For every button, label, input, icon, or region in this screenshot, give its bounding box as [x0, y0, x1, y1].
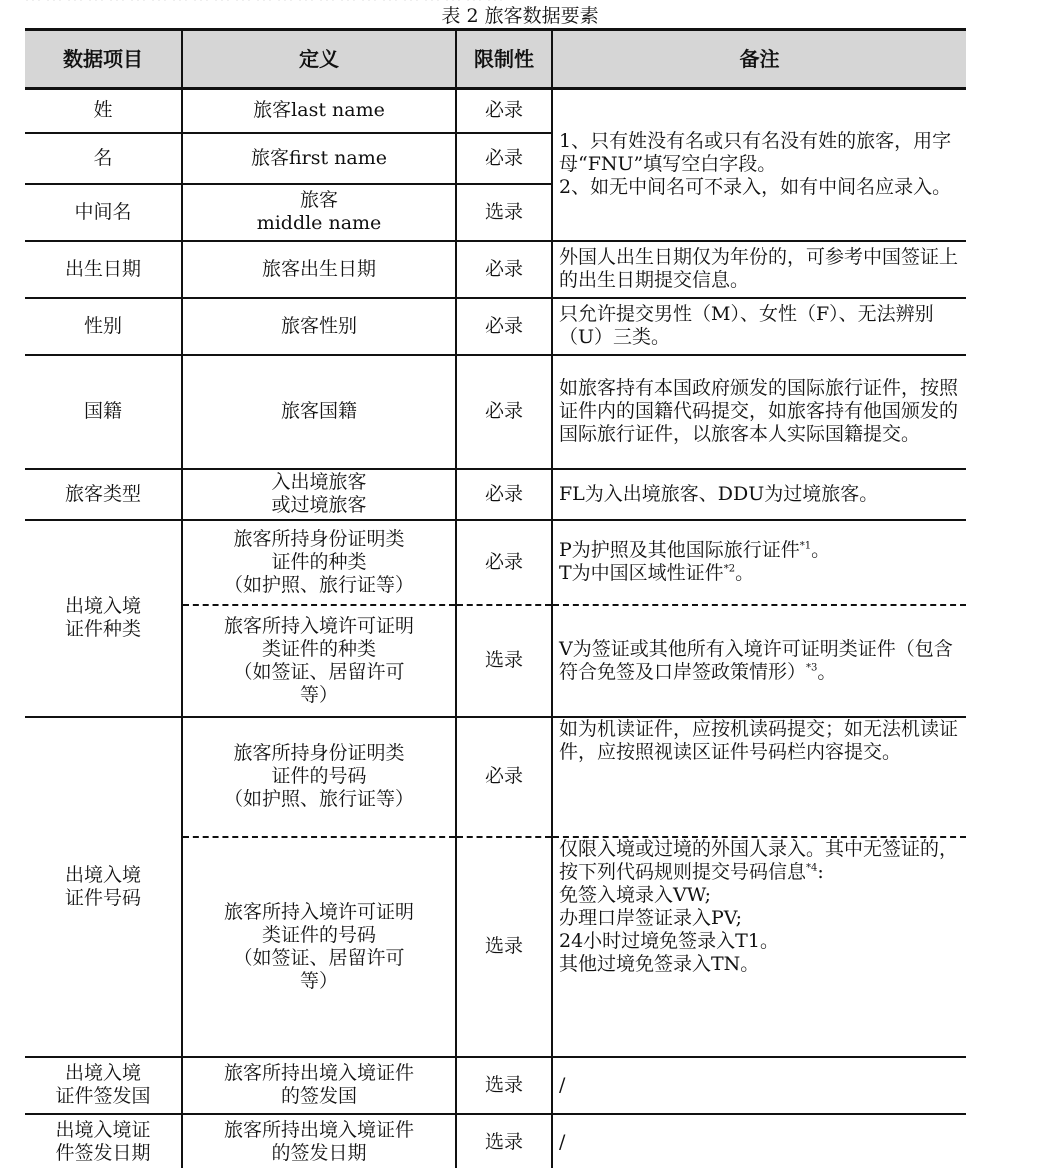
definition-cell: 旅客所持出境入境证件 的签发日期	[182, 1114, 456, 1168]
item-cell: 出境入境证 件签发日期	[25, 1114, 182, 1168]
note-cell: 1、只有姓没有名或只有名没有姓的旅客，用字母“FNU”填写空白字段。 2、如无中…	[552, 89, 966, 241]
note-cell: P为护照及其他国际旅行证件*1。 T为中国区域性证件*2。	[552, 520, 966, 605]
cropped-preceding-text: ……………………………………………………………	[24, 0, 844, 2]
definition-cell: 旅客所持出境入境证件 的签发国	[182, 1057, 456, 1114]
definition-cell: 旅客所持入境许可证明 类证件的种类 （如签证、居留许可 等）	[182, 605, 456, 717]
item-cell: 性别	[25, 298, 182, 355]
restriction-cell: 选录	[456, 1114, 552, 1168]
definition-cell: 旅客出生日期	[182, 241, 456, 298]
note-cell: 外国人出生日期仅为年份的，可参考中国签证上的出生日期提交信息。	[552, 241, 966, 298]
note-text: V为签证或其他所有入境许可证明类证件（包含符合免签及口岸签政策情形）	[559, 638, 953, 683]
definition-cell: 旅客国籍	[182, 355, 456, 469]
footnote-ref: *4	[806, 862, 817, 873]
table-row: 性别 旅客性别 必录 只允许提交男性（M）、女性（F）、无法辨别（U）三类。	[25, 298, 966, 355]
table-caption: 表 2 旅客数据要素	[0, 4, 1040, 28]
item-cell: 出境入境 证件种类	[25, 520, 182, 717]
item-cell: 国籍	[25, 355, 182, 469]
note-cell: FL为入出境旅客、DDU为过境旅客。	[552, 469, 966, 520]
restriction-cell: 选录	[456, 1057, 552, 1114]
item-cell: 姓	[25, 89, 182, 133]
header-restriction: 限制性	[456, 30, 552, 89]
restriction-cell: 必录	[456, 520, 552, 605]
note-text: 。	[735, 562, 754, 584]
table-row: 出境入境 证件种类 旅客所持身份证明类 证件的种类 （如护照、旅行证等） 必录 …	[25, 520, 966, 605]
note-cell: 如旅客持有本国政府颁发的国际旅行证件，按照证件内的国籍代码提交，如旅客持有他国颁…	[552, 355, 966, 469]
header-note: 备注	[552, 30, 966, 89]
restriction-cell: 必录	[456, 469, 552, 520]
table-row: 姓 旅客last name 必录 1、只有姓没有名或只有名没有姓的旅客，用字母“…	[25, 89, 966, 133]
restriction-cell: 必录	[456, 241, 552, 298]
restriction-cell: 选录	[456, 184, 552, 241]
definition-cell: 旅客 middle name	[182, 184, 456, 241]
item-cell: 出生日期	[25, 241, 182, 298]
item-cell: 名	[25, 133, 182, 184]
traveler-data-table: 数据项目 定义 限制性 备注 姓 旅客last name 必录 1、只有姓没有名…	[25, 28, 966, 1168]
restriction-cell: 必录	[456, 717, 552, 837]
definition-cell: 入出境旅客 或过境旅客	[182, 469, 456, 520]
restriction-cell: 必录	[456, 298, 552, 355]
footnote-ref: *1	[800, 541, 811, 552]
footnote-ref: *3	[806, 662, 817, 673]
table-row: 旅客类型 入出境旅客 或过境旅客 必录 FL为入出境旅客、DDU为过境旅客。	[25, 469, 966, 520]
definition-cell: 旅客所持身份证明类 证件的号码 （如护照、旅行证等）	[182, 717, 456, 837]
restriction-cell: 选录	[456, 837, 552, 1057]
table-row: 国籍 旅客国籍 必录 如旅客持有本国政府颁发的国际旅行证件，按照证件内的国籍代码…	[25, 355, 966, 469]
table-row: 出境入境 证件签发国 旅客所持出境入境证件 的签发国 选录 /	[25, 1057, 966, 1114]
note-cell: 如为机读证件，应按机读码提交；如无法机读证件，应按照视读区证件号码栏内容提交。	[552, 717, 966, 837]
header-item: 数据项目	[25, 30, 182, 89]
definition-cell: 旅客所持入境许可证明 类证件的号码 （如签证、居留许可 等）	[182, 837, 456, 1057]
restriction-cell: 必录	[456, 89, 552, 133]
restriction-cell: 必录	[456, 133, 552, 184]
note-cell: 仅限入境或过境的外国人录入。其中无签证的，按下列代码规则提交号码信息*4: 免签…	[552, 837, 966, 1057]
restriction-cell: 选录	[456, 605, 552, 717]
note-cell: /	[552, 1114, 966, 1168]
note-cell: /	[552, 1057, 966, 1114]
note-text: 。	[811, 539, 830, 561]
note-cell: 只允许提交男性（M）、女性（F）、无法辨别（U）三类。	[552, 298, 966, 355]
note-text: 。	[817, 661, 836, 683]
table-row: 出生日期 旅客出生日期 必录 外国人出生日期仅为年份的，可参考中国签证上的出生日…	[25, 241, 966, 298]
restriction-cell: 必录	[456, 355, 552, 469]
definition-cell: 旅客性别	[182, 298, 456, 355]
note-text: 仅限入境或过境的外国人录入。其中无签证的，按下列代码规则提交号码信息	[559, 838, 958, 883]
item-cell: 旅客类型	[25, 469, 182, 520]
definition-cell: 旅客first name	[182, 133, 456, 184]
item-cell: 出境入境 证件签发国	[25, 1057, 182, 1114]
definition-cell: 旅客last name	[182, 89, 456, 133]
item-cell: 出境入境 证件号码	[25, 717, 182, 1057]
table-row: 出境入境证 件签发日期 旅客所持出境入境证件 的签发日期 选录 /	[25, 1114, 966, 1168]
header-row: 数据项目 定义 限制性 备注	[25, 30, 966, 89]
note-text: :	[817, 861, 823, 883]
definition-cell: 旅客所持身份证明类 证件的种类 （如护照、旅行证等）	[182, 520, 456, 605]
note-text: 免签入境录入VW; 办理口岸签证录入PV; 24小时过境免签录入T1。 其他过境…	[559, 884, 779, 975]
note-cell: V为签证或其他所有入境许可证明类证件（包含符合免签及口岸签政策情形）*3。	[552, 605, 966, 717]
note-text: T为中国区域性证件	[559, 562, 724, 584]
footnote-ref: *2	[724, 564, 735, 575]
item-cell: 中间名	[25, 184, 182, 241]
note-text: P为护照及其他国际旅行证件	[559, 539, 800, 561]
header-definition: 定义	[182, 30, 456, 89]
table-row: 出境入境 证件号码 旅客所持身份证明类 证件的号码 （如护照、旅行证等） 必录 …	[25, 717, 966, 837]
